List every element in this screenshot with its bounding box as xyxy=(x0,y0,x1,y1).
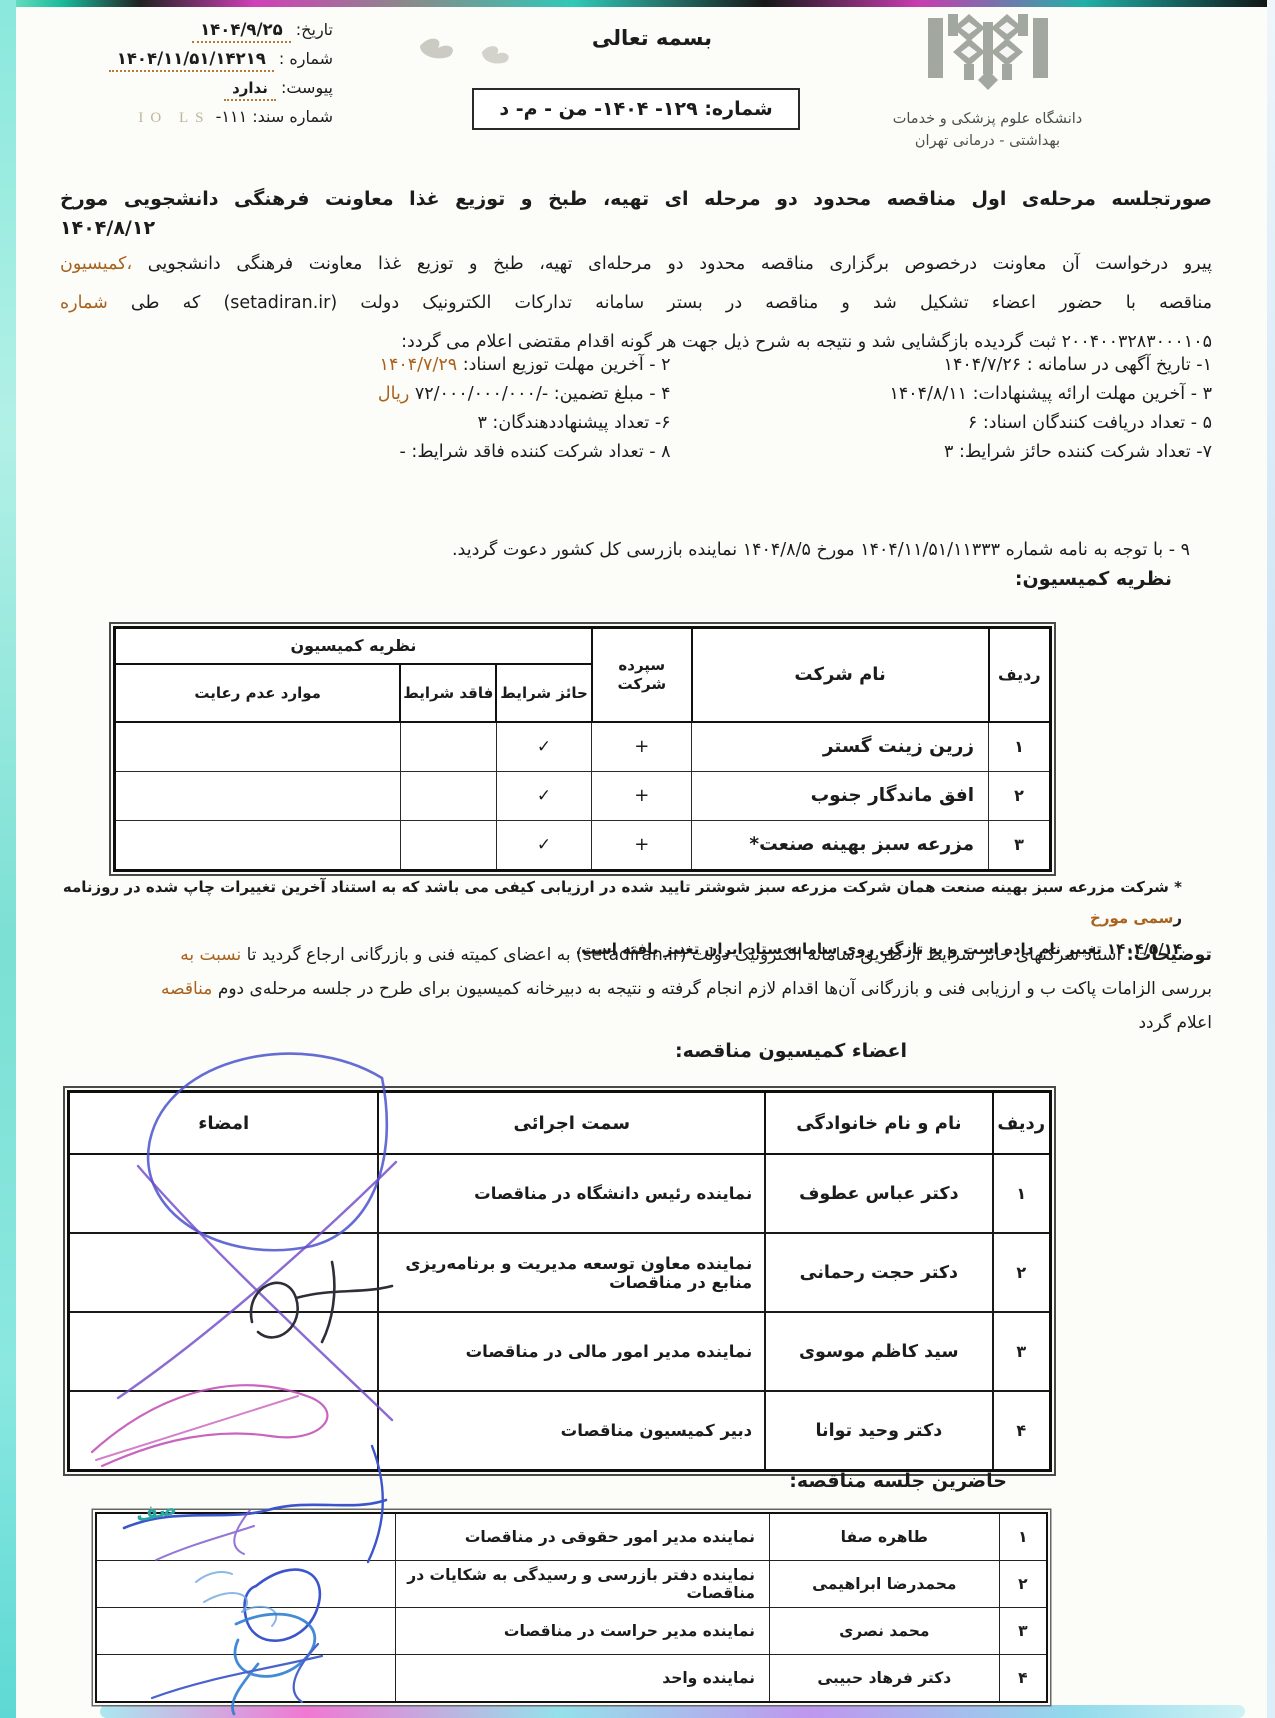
col-header-noncompliance: موارد عدم رعایت xyxy=(115,664,401,722)
signature-cell xyxy=(69,1154,379,1233)
attendee-row: ۱ طاهره صفا نماینده مدیر امور حقوقی در م… xyxy=(96,1513,1047,1561)
reference-number-box: شماره: ۱۲۹- ۱۴۰۴- من - م- د xyxy=(472,88,800,130)
fact-1: ۱- تاریخ آگهی در سامانه : ۱۴۰۴/۷/۲۶ xyxy=(671,355,1212,375)
scan-smudge xyxy=(482,46,509,63)
member-row: ۲ دکتر حجت رحمانی نماینده معاون توسعه مد… xyxy=(69,1233,1051,1312)
heading-commission-members: اعضاء کمیسیون مناقصه: xyxy=(675,1040,907,1062)
col-header-role: سمت اجرائی xyxy=(378,1092,765,1155)
col-header-unqualified: فاقد شرایط xyxy=(400,664,496,722)
fact-6: ۶- تعداد پیشنهاددهندگان: ۳ xyxy=(60,413,671,433)
meta-attachment: پیوست: ندارد xyxy=(28,78,333,97)
signature-cell xyxy=(96,1513,395,1561)
scan-edge-top xyxy=(0,0,1275,7)
meta-doc-number: شماره سند: ۱۱۱- IO LS xyxy=(28,107,333,127)
document-title-date: ۱۴۰۴/۸/۱۲ xyxy=(60,217,1212,239)
meta-number: شماره : ۱۴۰۴/۱۱/۵۱/۱۴۲۱۹ xyxy=(28,49,333,68)
scanned-document-page: دانشگاه علوم پزشکی و خدمات بهداشتی - درم… xyxy=(0,0,1275,1718)
companies-table: ردیف نام شرکت سپرده شرکت نظریه کمیسیون ح… xyxy=(113,626,1052,872)
col-header-radif: ردیف xyxy=(989,628,1051,722)
member-row: ۴ دکتر وحید توانا دبیر کمیسیون مناقصات xyxy=(69,1391,1051,1471)
fact-3: ۳ - آخرین مهلت ارائه پیشنهادات: ۱۴۰۴/۸/۱… xyxy=(671,384,1212,404)
university-logo-icon xyxy=(924,12,1052,104)
meta-date: تاریخ: ۱۴۰۴/۹/۲۵ xyxy=(28,20,333,39)
meta-doc-number-label: شماره سند: xyxy=(252,107,333,126)
document-title: صورتجلسه مرحله‌ی اول مناقصه محدود دو مرح… xyxy=(60,188,1212,239)
attendee-row: ۳ محمد نصری نماینده مدیر حراست در مناقصا… xyxy=(96,1608,1047,1655)
intro-line1: پیرو درخواست آن معاونت درخصوص برگزاری من… xyxy=(60,245,1212,284)
signature-cell xyxy=(69,1391,379,1471)
company-row: ۳ مزرعه سبز بهینه صنعت* + ✓ xyxy=(115,820,1051,870)
checkmark-icon: ✓ xyxy=(496,771,592,820)
signature-cell xyxy=(96,1655,395,1703)
explanation-line1: توضیحات: اسناد شرکتهای حائز شرایط از طری… xyxy=(55,938,1212,972)
fact-5: ۵ - تعداد دریافت کنندگان اسناد: ۶ xyxy=(671,413,1212,433)
attendee-row: ۲ محمدرضا ابراهیمی نماینده دفتر بازرسی و… xyxy=(96,1561,1047,1608)
fact-2: ۲ - آخرین مهلت توزیع اسناد: ۱۴۰۴/۷/۲۹ xyxy=(60,355,671,375)
checkmark-icon: ✓ xyxy=(496,820,592,870)
col-header-radif: ردیف xyxy=(993,1092,1051,1155)
intro-line2: مناقصه با حضور اعضاء تشکیل شد و مناقصه د… xyxy=(60,284,1212,323)
checkmark-icon: ✓ xyxy=(496,722,592,772)
meta-number-value: ۱۴۰۴/۱۱/۵۱/۱۴۲۱۹ xyxy=(109,49,274,72)
intro-paragraph: پیرو درخواست آن معاونت درخصوص برگزاری من… xyxy=(60,245,1212,362)
besmele-text: بسمه تعالی xyxy=(592,26,712,50)
col-header-fullname: نام و نام خانوادگی xyxy=(765,1092,992,1155)
scan-edge-right xyxy=(1267,0,1275,1718)
explanation-line2: بررسی الزامات پاکت ب و ارزیابی فنی و باز… xyxy=(55,972,1212,1006)
fact-7: ۷- تعداد شرکت کننده حائز شرایط: ۳ xyxy=(671,442,1212,462)
signature-cell xyxy=(69,1233,379,1312)
col-header-company: نام شرکت xyxy=(692,628,989,722)
meta-date-label: تاریخ: xyxy=(296,20,333,39)
meta-doc-number-stamp: IO LS xyxy=(138,110,210,126)
university-name-line2: بهداشتی - درمانی تهران xyxy=(880,130,1095,152)
fact-9: ۹ - با توجه به نامه شماره ۱۴۰۴/۱۱/۵۱/۱۱۳… xyxy=(60,540,1190,560)
scan-edge-left xyxy=(0,0,16,1718)
university-block: دانشگاه علوم پزشکی و خدمات بهداشتی - درم… xyxy=(880,12,1095,153)
company-row: ۲ افق ماندگار جنوب + ✓ xyxy=(115,771,1051,820)
company-row: ۱ زرین زینت گستر + ✓ xyxy=(115,722,1051,772)
attendee-row: ۴ دکتر فرهاد حبیبی نماینده واحد xyxy=(96,1655,1047,1703)
meta-doc-number-value: ۱۱۱- xyxy=(216,107,248,126)
commission-members-table: ردیف نام و نام خانوادگی سمت اجرائی امضاء… xyxy=(67,1090,1052,1472)
meta-attachment-label: پیوست: xyxy=(281,78,333,97)
signature-cell xyxy=(96,1608,395,1655)
attendees-table: ۱ طاهره صفا نماینده مدیر امور حقوقی در م… xyxy=(95,1512,1048,1703)
heading-commission-opinion: نظریه کمیسیون: xyxy=(1015,568,1172,590)
meta-date-value: ۱۴۰۴/۹/۲۵ xyxy=(192,20,291,43)
explanation-paragraph: توضیحات: اسناد شرکتهای حائز شرایط از طری… xyxy=(55,938,1212,1040)
col-header-qualified: حائز شرایط xyxy=(496,664,592,722)
col-header-signature: امضاء xyxy=(69,1092,379,1155)
fact-8: ۸ - تعداد شرکت کننده فاقد شرایط: - xyxy=(60,442,671,462)
explanation-line3: اعلام گردد xyxy=(55,1006,1212,1040)
document-title-line1: صورتجلسه مرحله‌ی اول مناقصه محدود دو مرح… xyxy=(60,188,1212,210)
meta-number-label: شماره : xyxy=(279,49,333,68)
university-name-line1: دانشگاه علوم پزشکی و خدمات xyxy=(880,108,1095,130)
member-row: ۳ سید کاظم موسوی نماینده مدیر امور مالی … xyxy=(69,1312,1051,1391)
signature-cell xyxy=(69,1312,379,1391)
scan-edge-bottom xyxy=(100,1705,1245,1718)
member-row: ۱ دکتر عباس عطوف نماینده رئیس دانشگاه در… xyxy=(69,1154,1051,1233)
col-header-opinion: نظریه کمیسیون xyxy=(115,628,592,664)
col-header-deposit: سپرده شرکت xyxy=(592,628,692,722)
fact-4: ۴ - مبلغ تضمین: ۷۲/۰۰۰/۰۰۰/۰۰۰/- ریال xyxy=(60,384,671,404)
tender-facts-list: ۱- تاریخ آگهی در سامانه : ۱۴۰۴/۷/۲۶ ۲ - … xyxy=(60,355,1212,462)
meta-attachment-value: ندارد xyxy=(224,79,276,101)
heading-session-attendees: حاضرین جلسه مناقصه: xyxy=(789,1470,1007,1492)
letterhead-meta: تاریخ: ۱۴۰۴/۹/۲۵ شماره : ۱۴۰۴/۱۱/۵۱/۱۴۲۱… xyxy=(28,20,333,137)
signature-cell xyxy=(96,1561,395,1608)
scan-smudge xyxy=(420,39,453,59)
